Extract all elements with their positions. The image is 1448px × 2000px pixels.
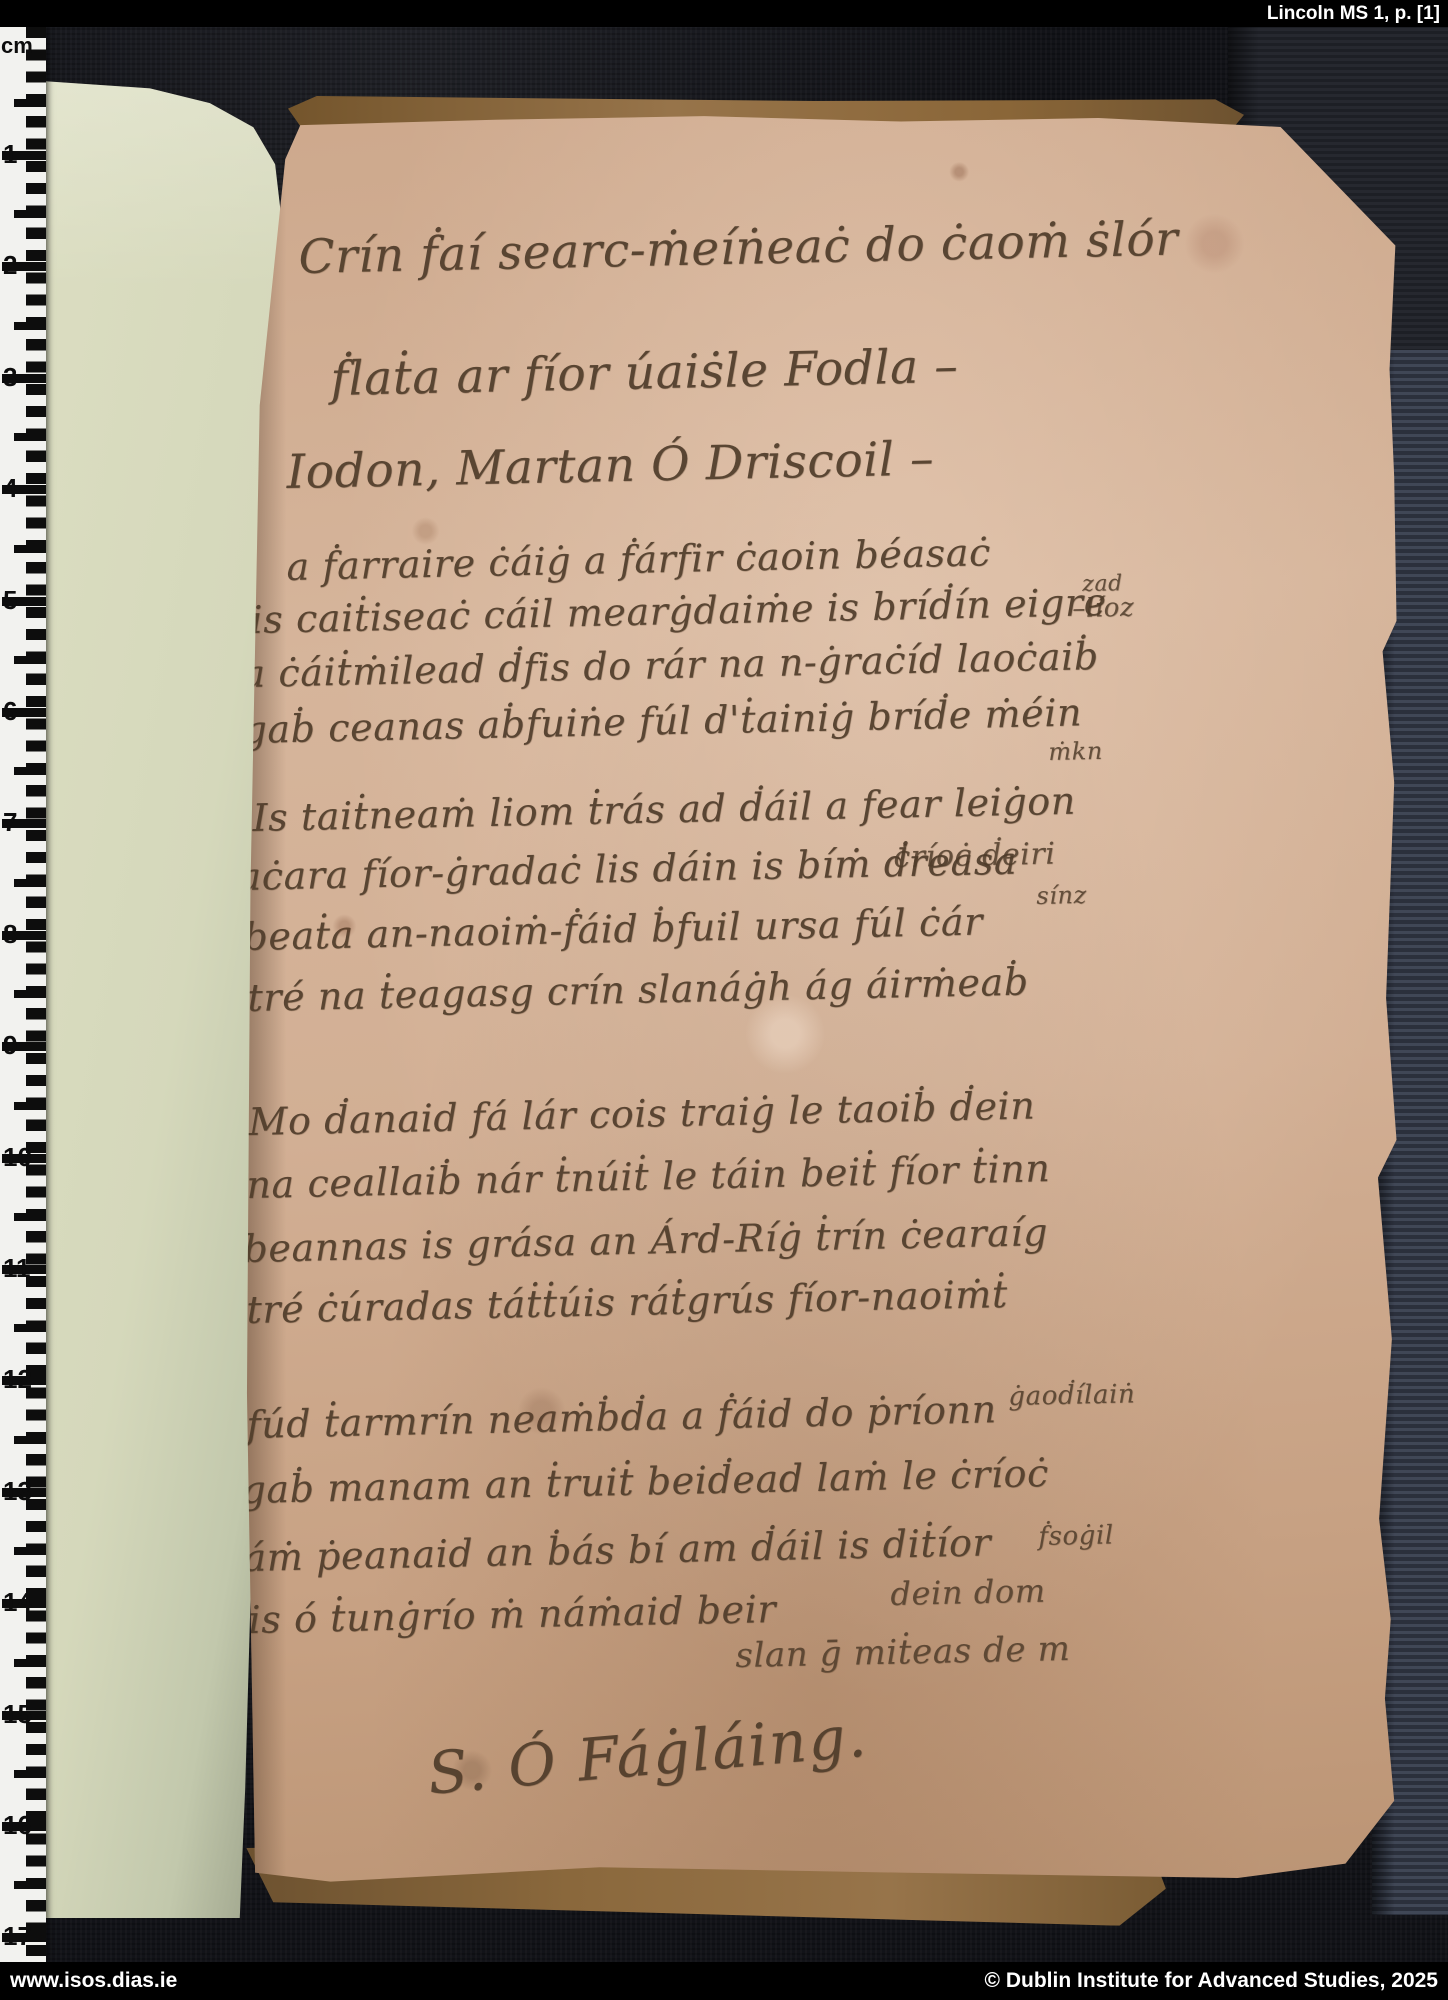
manuscript-line: ḟlaṫa ar fíor úaiṡle Fodla – xyxy=(330,339,959,407)
manuscript-line: áṁ ṗeanaid an ḃás bí am ḋáil is diṫíor xyxy=(243,1520,992,1580)
ruler-half-cm-tick xyxy=(14,1436,46,1444)
ruler-half-cm-tick xyxy=(14,545,46,553)
manuscript-line: na ceallaiḃ nár ṫnúiṫ le táin beiṫ fíor … xyxy=(246,1146,1051,1207)
ruler-number: 12 xyxy=(3,1364,25,1394)
manuscript-line: gaḃ manam an ṫruiṫ beiḋead laṁ le ċríoċ xyxy=(241,1451,1049,1512)
ruler-number: 14 xyxy=(3,1587,25,1617)
manuscript-line: a ḟarraire ċáiġ a ḟárfir ċaoin béasaċ xyxy=(286,530,991,589)
ruler-number: 9 xyxy=(3,1030,25,1060)
ruler-half-cm-tick xyxy=(14,656,46,664)
manuscript-line: gaḃ ceanas aḃfuiṅe fúl d'ṫainiġ bríḋe ṁé… xyxy=(242,690,1083,752)
manuscript-marginal-note: ḟsoġil xyxy=(1038,1520,1114,1552)
manuscript-marginal-note: ċríoċ ḋeiri xyxy=(893,837,1056,875)
manuscript-line: is ó ṫunġrío ṁ náṁaid beir xyxy=(248,1587,777,1642)
ruler-half-cm-tick xyxy=(14,1770,46,1778)
ruler-half-cm-tick xyxy=(14,1102,46,1110)
manuscript-line: Is taiṫneaṁ liom ṫrás ad ḋáil a fear lei… xyxy=(252,779,1076,840)
ruler-number: 8 xyxy=(3,919,25,949)
manuscript-line: tré na ṫeagasg crín slanáġh ág áirṁeaḃ xyxy=(247,960,1029,1020)
manuscript-line: beannas is grása an Árd-Ríġ ṫrín ċearaíg xyxy=(243,1210,1049,1271)
manuscript-line: Iodon, Martan Ó Driscoil – xyxy=(286,431,935,500)
ruler-number: 16 xyxy=(3,1810,25,1840)
footer-copyright: © Dublin Institute for Advanced Studies,… xyxy=(985,1969,1438,1993)
ruler-half-cm-tick xyxy=(14,767,46,775)
scribe-signature: S. Ó Fáġláing. xyxy=(425,1702,870,1808)
ruler-half-cm-tick xyxy=(14,1881,46,1889)
manuscript-line: Mo ḋanaid fá lár cois traiġ le taoiḃ ḋei… xyxy=(248,1084,1036,1144)
ruler-number: 3 xyxy=(3,362,25,392)
manuscript-line: fúd ṫarmrín neaṁḃḋa a ḟáid do ṗríonn xyxy=(246,1387,997,1447)
ruler-half-cm-tick xyxy=(14,210,46,218)
ruler-number: 5 xyxy=(3,585,25,615)
manuscript-marginal-note: ṁkn xyxy=(1048,737,1103,766)
flyleaf-page xyxy=(14,68,286,1918)
ruler-number: 6 xyxy=(3,696,25,726)
ruler-half-cm-tick xyxy=(14,99,46,107)
footer-bar: www.isos.dias.ie © Dublin Institute for … xyxy=(0,1962,1448,2000)
ruler-half-cm-tick xyxy=(14,1547,46,1555)
ruler-unit-label: cm xyxy=(1,33,33,59)
ruler-number: 1 xyxy=(3,139,25,169)
ruler-half-cm-tick xyxy=(14,322,46,330)
manuscript-marginal-note: slan ḡ miṫeas de m xyxy=(735,1629,1071,1676)
ruler-number: 17 xyxy=(3,1921,25,1951)
manuscript-line: tré ċúradas táṫṫúis ráṫgrús fíor-naoiṁṫ xyxy=(246,1272,1008,1332)
manuscript-line: Crín ḟaí searc-ṁeíṅeaċ do ċaoṁ ṡlór xyxy=(298,212,1179,285)
ruler-half-cm-tick xyxy=(14,1659,46,1667)
manuscript-viewer: Crín ḟaí searc-ṁeíṅeaċ do ċaoṁ ṡlórḟlaṫa… xyxy=(0,0,1448,2000)
ruler-number: 13 xyxy=(3,1476,25,1506)
manuscript-marginal-note: ġaoḋílaiṅ xyxy=(1008,1379,1136,1412)
ruler-half-cm-tick xyxy=(14,433,46,441)
manuscript-line: a ċáiṫṁilead ḋfis do rár na n-ġraċíd lao… xyxy=(242,634,1099,696)
ruler-number: 7 xyxy=(3,807,25,837)
page-title: Lincoln MS 1, p. [1] xyxy=(1267,3,1440,25)
manuscript-line: beaṫa an-naoiṁ-ḟáid ḃfuil ursa fúl ċár xyxy=(243,900,983,959)
ruler-half-cm-tick xyxy=(14,1324,46,1332)
ruler-half-cm-tick xyxy=(14,879,46,887)
ruler-number: 15 xyxy=(3,1699,25,1729)
manuscript-marginal-note: dein dom xyxy=(890,1572,1046,1613)
cm-ruler: cm 1234567891011121314151617 xyxy=(0,27,46,1962)
footer-site-url: www.isos.dias.ie xyxy=(10,1969,177,1993)
manuscript-marginal-note: –líoz xyxy=(1072,593,1135,624)
ruler-number: 4 xyxy=(3,473,25,503)
ruler-number: 2 xyxy=(3,250,25,280)
ruler-number: 10 xyxy=(3,1142,25,1172)
ruler-half-cm-tick xyxy=(14,1213,46,1221)
ruler-number: 11 xyxy=(3,1253,25,1283)
ruler-half-cm-tick xyxy=(14,990,46,998)
header-bar: Lincoln MS 1, p. [1] xyxy=(0,0,1448,27)
manuscript-line: is caiṫiseaċ cáil mearġdaiṁe is bríḋín e… xyxy=(250,580,1107,642)
manuscript-leaf: Crín ḟaí searc-ṁeíṅeaċ do ċaoṁ ṡlórḟlaṫa… xyxy=(240,100,1400,1896)
manuscript-marginal-note: sínz xyxy=(1036,881,1087,910)
